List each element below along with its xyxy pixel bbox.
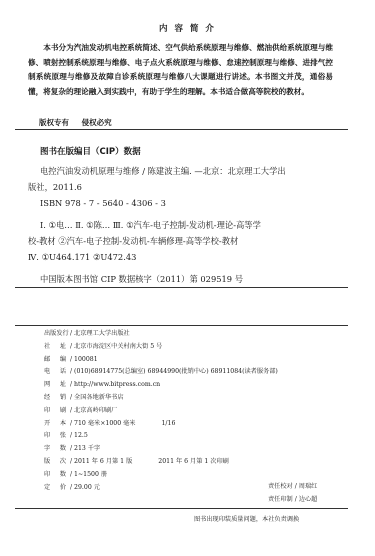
cip-record: 中国版本图书馆 CIP 数据核字（2011）第 029519 号 <box>28 271 338 287</box>
publication-row: 网址/ http://www.bitpress.com.cn <box>44 379 344 392</box>
cip-class-3: Ⅳ. ①U464.171 ②U472.43 <box>28 249 338 265</box>
field-label: 版次 <box>44 456 66 469</box>
publication-row: 邮编/ 100081 <box>44 354 344 367</box>
cip-heading: 图书在版编目（CIP）数据 <box>40 145 141 157</box>
field-value: / 2011 年 6 月第 1 版 <box>70 456 132 469</box>
field-value: / 213 千字 <box>70 443 100 456</box>
publication-row: 社址/ 北京市海淀区中关村南大街 5 号 <box>44 341 344 354</box>
cip-class-1: Ⅰ. ①电… Ⅱ. ①陈… Ⅲ. ①汽车-电子控制-发动机-理论-高等学 <box>28 217 338 233</box>
field-label: 定价 <box>44 482 66 495</box>
publication-row: 电话/ (010)68914775(总编室) 68944990(批销中心) 68… <box>44 366 344 379</box>
field-label: 印刷 <box>44 405 66 418</box>
field-value: / 100081 <box>70 354 98 367</box>
summary-body: 本书分为汽油发动机电控系统简述、空气供给系统原理与维修、燃油供给系统原理与维修、… <box>28 41 333 99</box>
field-value: / http://www.bitpress.com.cn <box>70 379 160 392</box>
field-label: 出版发行 <box>44 328 66 341</box>
publication-info: 出版发行/ 北京理工大学出版社社址/ 北京市海淀区中关村南大街 5 号邮编/ 1… <box>44 328 344 494</box>
publication-row: 版次/ 2011 年 6 月第 1 版2011 年 6 月第 1 次印刷 <box>44 456 344 469</box>
publication-row: 印张/ 12.5 <box>44 430 344 443</box>
summary-title: 内 容 简 介 <box>0 22 375 34</box>
field-value: / 29.00 元 <box>70 482 100 495</box>
field-value: / 710 毫米×1000 毫米 <box>70 418 135 431</box>
field-value: / 12.5 <box>70 430 88 443</box>
print-editor: 责任印制 / 边心超 <box>268 494 317 503</box>
field-label: 印张 <box>44 430 66 443</box>
field-label: 电话 <box>44 366 66 379</box>
publication-row: 出版发行/ 北京理工大学出版社 <box>44 328 344 341</box>
field-value: / 全国各地新华书店 <box>70 392 124 405</box>
copyright-page: 内 容 简 介 本书分为汽油发动机电控系统简述、空气供给系统原理与维修、燃油供给… <box>0 0 375 556</box>
divider <box>15 287 348 288</box>
field-value: / 1~1500 册 <box>70 469 107 482</box>
field-label: 网址 <box>44 379 66 392</box>
field-label: 社址 <box>44 341 66 354</box>
cip-isbn: ISBN 978 - 7 - 5640 - 4306 - 3 <box>28 195 338 211</box>
quality-notice: 图书出现印装质量问题，本社负责调换 <box>194 514 299 523</box>
field-extra: 2011 年 6 月第 1 次印刷 <box>158 456 229 469</box>
rights-notice: 版权专有 侵权必究 <box>39 117 122 128</box>
cip-class-2: 校-教材 ②汽车-电子控制-发动机-车辆修理-高等学校-教材 <box>28 233 338 249</box>
field-label: 印数 <box>44 469 66 482</box>
divider <box>15 325 348 326</box>
divider <box>15 129 348 130</box>
field-extra: 1/16 <box>161 418 175 431</box>
proofreader: 责任校对 / 周瑞红 <box>268 481 317 490</box>
field-label: 邮编 <box>44 354 66 367</box>
publication-row: 印刷/ 北京高岭印刷厂 <box>44 405 344 418</box>
publication-row: 印数/ 1~1500 册 <box>44 469 344 482</box>
publication-row: 字数/ 213 千字 <box>44 443 344 456</box>
rights-reserved: 版权专有 <box>39 118 69 127</box>
field-label: 字数 <box>44 443 66 456</box>
field-value: / 北京市海淀区中关村南大街 5 号 <box>70 341 162 354</box>
field-value: / 北京理工大学出版社 <box>70 328 130 341</box>
field-label: 经销 <box>44 392 66 405</box>
publication-row: 开本/ 710 毫米×1000 毫米1/16 <box>44 418 344 431</box>
cip-title-line-cont: 版社，2011.6 <box>28 179 338 195</box>
infringement-notice: 侵权必究 <box>82 118 112 127</box>
divider <box>15 508 348 509</box>
cip-block: 电控汽油发动机原理与维修 / 陈建波主编. —北京：北京理工大学出 版社，201… <box>28 163 338 287</box>
field-value: / (010)68914775(总编室) 68944990(批销中心) 6891… <box>70 366 278 379</box>
cip-title-line: 电控汽油发动机原理与维修 / 陈建波主编. —北京：北京理工大学出 <box>28 163 338 179</box>
field-value: / 北京高岭印刷厂 <box>70 405 117 418</box>
field-label: 开本 <box>44 418 66 431</box>
publication-row: 经销/ 全国各地新华书店 <box>44 392 344 405</box>
